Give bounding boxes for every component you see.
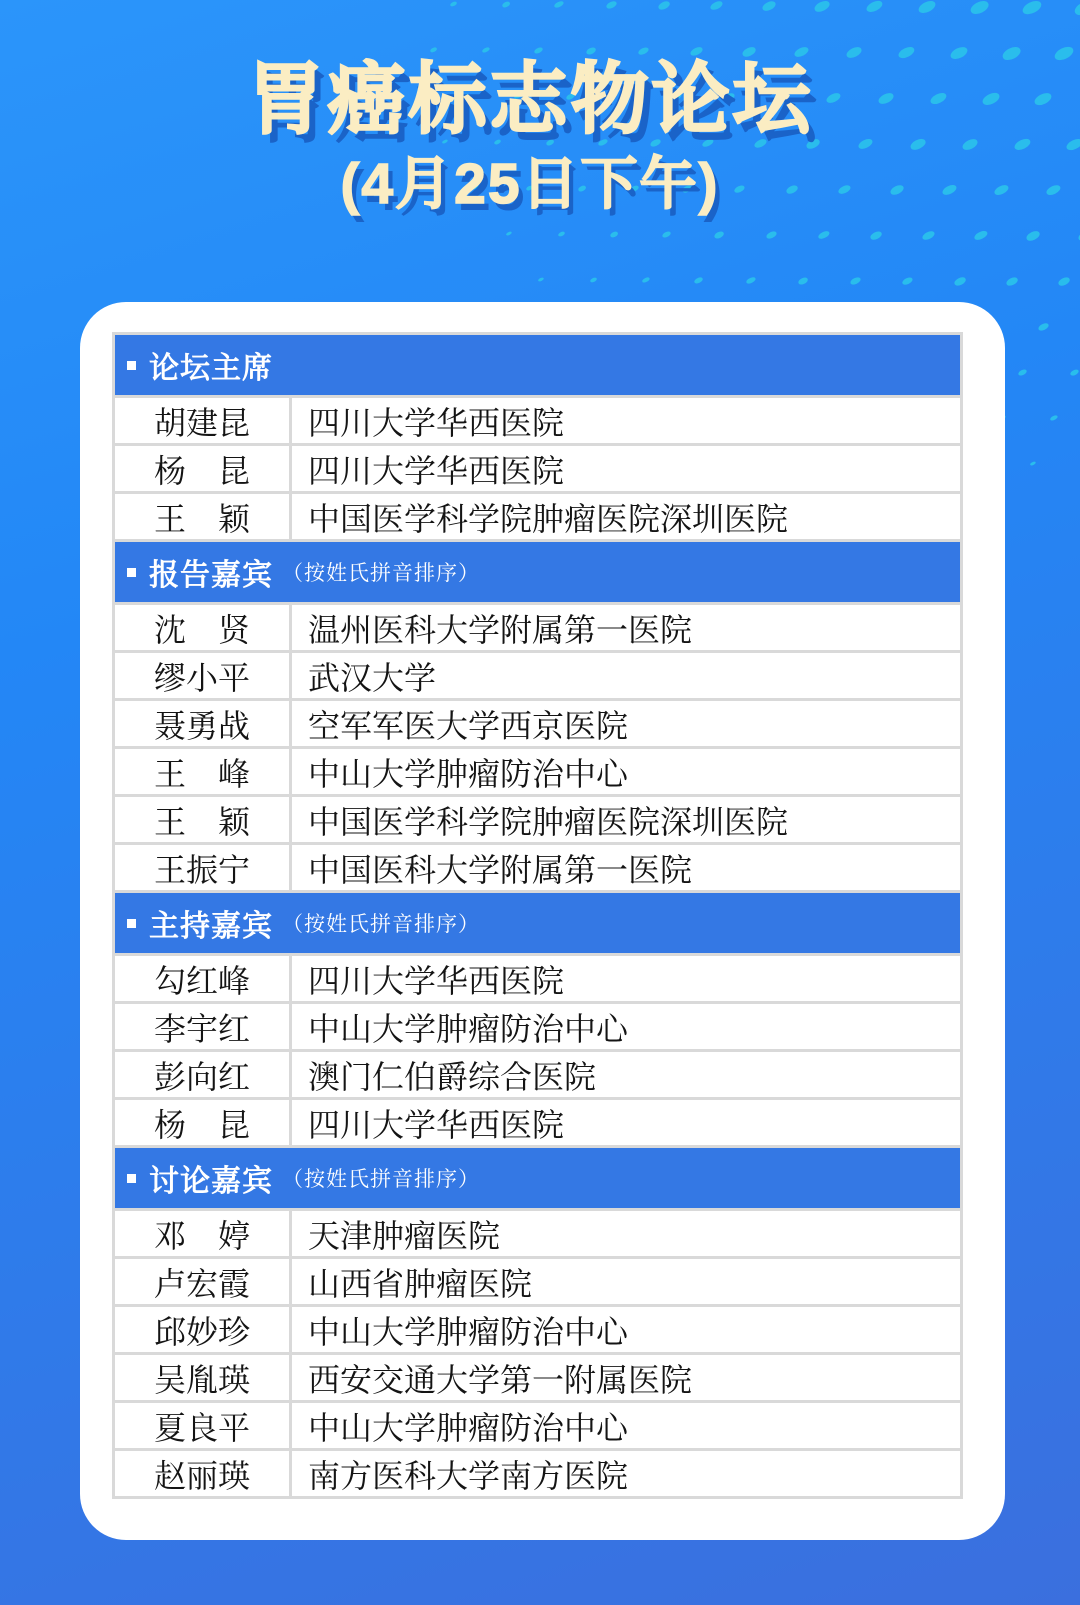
pattern-dot [797,276,809,286]
table-row: 沈 贤温州医科大学附属第一医院 [115,605,960,650]
person-name: 王 颖 [115,494,289,539]
section-header: 报告嘉宾（按姓氏拼音排序） [115,542,960,602]
pattern-dot [745,276,756,285]
table-row: 王 峰中山大学肿瘤防治中心 [115,749,960,794]
page-subtitle-date: (4月25日下午) [0,153,1060,216]
table-row: 王振宁中国医科大学附属第一医院 [115,845,960,890]
forum-poster: 胃癌标志物论坛 (4月25日下午) 论坛主席胡建昆四川大学华西医院杨 昆四川大学… [0,0,1080,1605]
table-row: 王 颖中国医学科学院肿瘤医院深圳医院 [115,494,960,539]
person-name: 彭向红 [115,1052,289,1097]
table-row: 卢宏霞山西省肿瘤医院 [115,1259,960,1304]
pattern-dot [501,0,510,8]
person-name: 聂勇战 [115,701,289,746]
person-affiliation: 中山大学肿瘤防治中心 [292,1004,960,1049]
table-row: 彭向红澳门仁伯爵综合医院 [115,1052,960,1097]
pattern-dot [817,230,830,241]
section-bullet-icon [127,919,136,928]
person-affiliation: 温州医科大学附属第一医院 [292,605,960,650]
pattern-dot [953,276,967,287]
table-row: 缪小平武汉大学 [115,653,960,698]
pattern-dot [506,231,513,237]
person-name: 缪小平 [115,653,289,698]
pattern-dot [917,0,938,15]
section-title: 报告嘉宾 [149,550,273,594]
section-header: 讨论嘉宾（按姓氏拼音排序） [115,1148,960,1208]
section-title: 讨论嘉宾 [149,1156,273,1200]
person-name: 邓 婷 [115,1211,289,1256]
pattern-dot [430,47,437,53]
table-row: 李宇红中山大学肿瘤防治中心 [115,1004,960,1049]
pattern-dot [641,277,650,284]
section-bullet-icon [127,361,136,370]
pattern-dot [869,230,883,242]
section-title: 论坛主席 [149,343,273,387]
table-row: 杨 昆四川大学华西医院 [115,446,960,491]
section-bullet-icon [127,1174,136,1183]
pattern-dot [1037,322,1049,332]
pattern-dot [1025,229,1041,242]
table-row: 邓 婷天津肿瘤医院 [115,1211,960,1256]
pattern-dot [538,277,545,283]
pattern-dot [1017,368,1027,377]
section-sort-note: （按姓氏拼音排序） [282,908,480,938]
person-name: 勾红峰 [115,956,289,1001]
pattern-dot [533,46,543,54]
pattern-dot [709,0,724,12]
person-name: 邱妙珍 [115,1307,289,1352]
pattern-dot [849,276,861,286]
pattern-dot [590,277,598,283]
table-row: 吴胤瑛西安交通大学第一附属医院 [115,1355,960,1400]
person-affiliation: 中国医学科学院肿瘤医院深圳医院 [292,797,960,842]
person-name: 赵丽瑛 [115,1451,289,1496]
table-row: 王 颖中国医学科学院肿瘤医院深圳医院 [115,797,960,842]
pattern-dot [1072,0,1080,18]
pattern-dot [1021,0,1044,17]
title-block: 胃癌标志物论坛 (4月25日下午) [0,56,1060,216]
table-row: 胡建昆四川大学华西医院 [115,398,960,443]
pattern-dot [713,230,725,239]
person-affiliation: 南方医科大学南方医院 [292,1451,960,1496]
pattern-dot [1049,415,1058,422]
pattern-dot [557,231,565,238]
table-row: 邱妙珍中山大学肿瘤防治中心 [115,1307,960,1352]
person-affiliation: 四川大学华西医院 [292,446,960,491]
pattern-dot [813,0,831,14]
person-affiliation: 四川大学华西医院 [292,398,960,443]
table-row: 赵丽瑛南方医科大学南方医院 [115,1451,960,1496]
person-affiliation: 山西省肿瘤医院 [292,1259,960,1304]
page-title: 胃癌标志物论坛 [0,56,1060,143]
person-name: 胡建昆 [115,398,289,443]
pattern-dot [661,230,671,239]
person-affiliation: 四川大学华西医院 [292,1100,960,1145]
person-affiliation: 空军军医大学西京医院 [292,701,960,746]
pattern-dot [901,276,914,287]
section-sort-note: （按姓氏拼音排序） [282,557,480,587]
pattern-dot [1065,137,1080,153]
pattern-dot [657,0,671,11]
section-header: 主持嘉宾（按姓氏拼音排序） [115,893,960,953]
pattern-dot [921,230,936,242]
program-table: 论坛主席胡建昆四川大学华西医院杨 昆四川大学华西医院王 颖中国医学科学院肿瘤医院… [112,332,963,1499]
table-row: 夏良平中山大学肿瘤防治中心 [115,1403,960,1448]
person-affiliation: 澳门仁伯爵综合医院 [292,1052,960,1097]
pattern-dot [969,0,991,16]
pattern-dot [481,47,490,54]
person-name: 吴胤瑛 [115,1355,289,1400]
table-row: 杨 昆四川大学华西医院 [115,1100,960,1145]
section-header: 论坛主席 [115,335,960,395]
pattern-dot [765,230,778,240]
pattern-dot [761,0,777,13]
pattern-dot [865,0,884,14]
pattern-dot [609,230,618,238]
pattern-dot [1057,276,1071,288]
pattern-dot [693,276,703,284]
section-bullet-icon [127,568,136,577]
person-name: 夏良平 [115,1403,289,1448]
table-row: 勾红峰四川大学华西医院 [115,956,960,1001]
section-title: 主持嘉宾 [149,901,273,945]
person-affiliation: 四川大学华西医院 [292,956,960,1001]
person-name: 杨 昆 [115,446,289,491]
pattern-dot [1069,368,1080,377]
pattern-dot [1030,461,1037,467]
person-name: 李宇红 [115,1004,289,1049]
person-affiliation: 天津肿瘤医院 [292,1211,960,1256]
person-affiliation: 中山大学肿瘤防治中心 [292,749,960,794]
pattern-dot [1005,276,1019,287]
person-affiliation: 中国医科大学附属第一医院 [292,845,960,890]
pattern-dot [450,1,458,8]
pattern-dot [553,0,564,9]
person-affiliation: 中国医学科学院肿瘤医院深圳医院 [292,494,960,539]
person-name: 王 颖 [115,797,289,842]
person-affiliation: 中山大学肿瘤防治中心 [292,1307,960,1352]
table-row: 聂勇战空军军医大学西京医院 [115,701,960,746]
person-name: 王 峰 [115,749,289,794]
person-name: 沈 贤 [115,605,289,650]
program-card: 论坛主席胡建昆四川大学华西医院杨 昆四川大学华西医院王 颖中国医学科学院肿瘤医院… [80,302,1005,1540]
pattern-dot [973,229,988,242]
person-affiliation: 武汉大学 [292,653,960,698]
person-name: 王振宁 [115,845,289,890]
section-sort-note: （按姓氏拼音排序） [282,1163,480,1193]
pattern-dot [605,0,617,10]
person-name: 杨 昆 [115,1100,289,1145]
person-affiliation: 中山大学肿瘤防治中心 [292,1403,960,1448]
person-affiliation: 西安交通大学第一附属医院 [292,1355,960,1400]
person-name: 卢宏霞 [115,1259,289,1304]
